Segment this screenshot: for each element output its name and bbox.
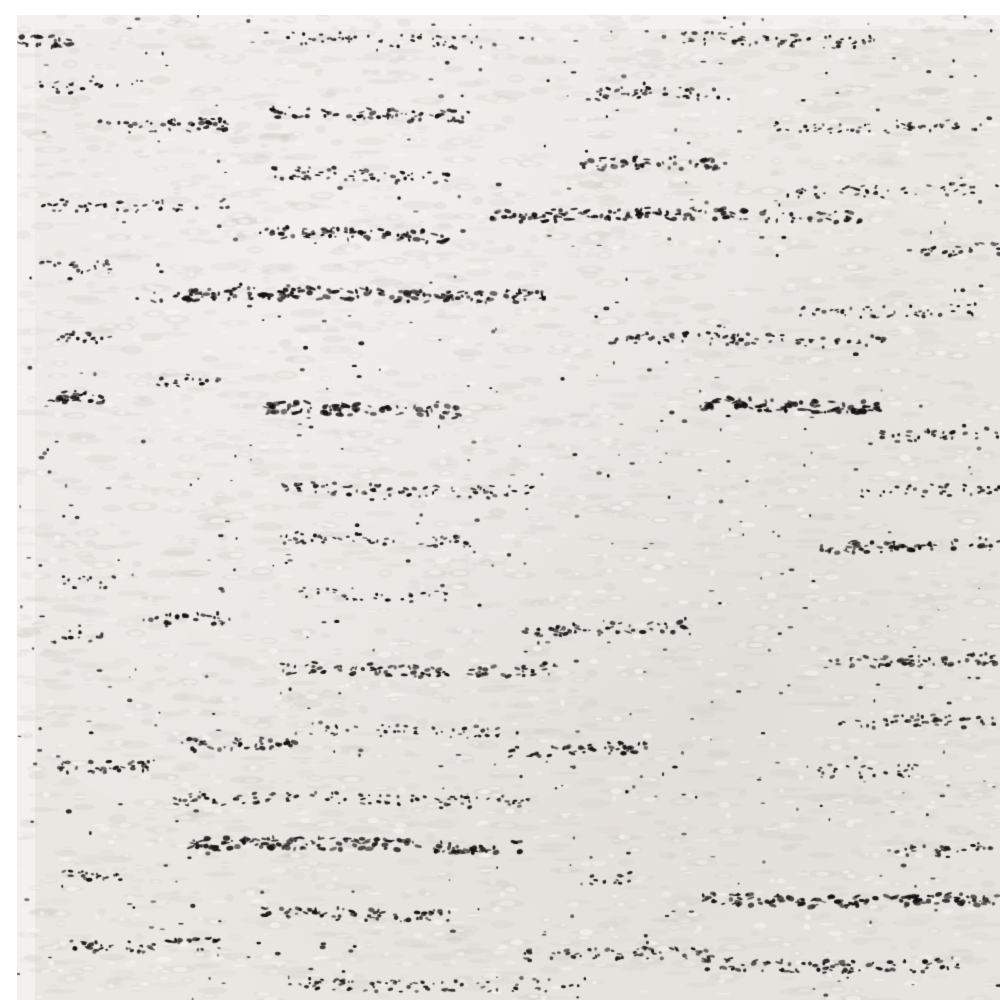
rug-photo — [17, 15, 1000, 1000]
rug-pattern — [17, 15, 1000, 1000]
